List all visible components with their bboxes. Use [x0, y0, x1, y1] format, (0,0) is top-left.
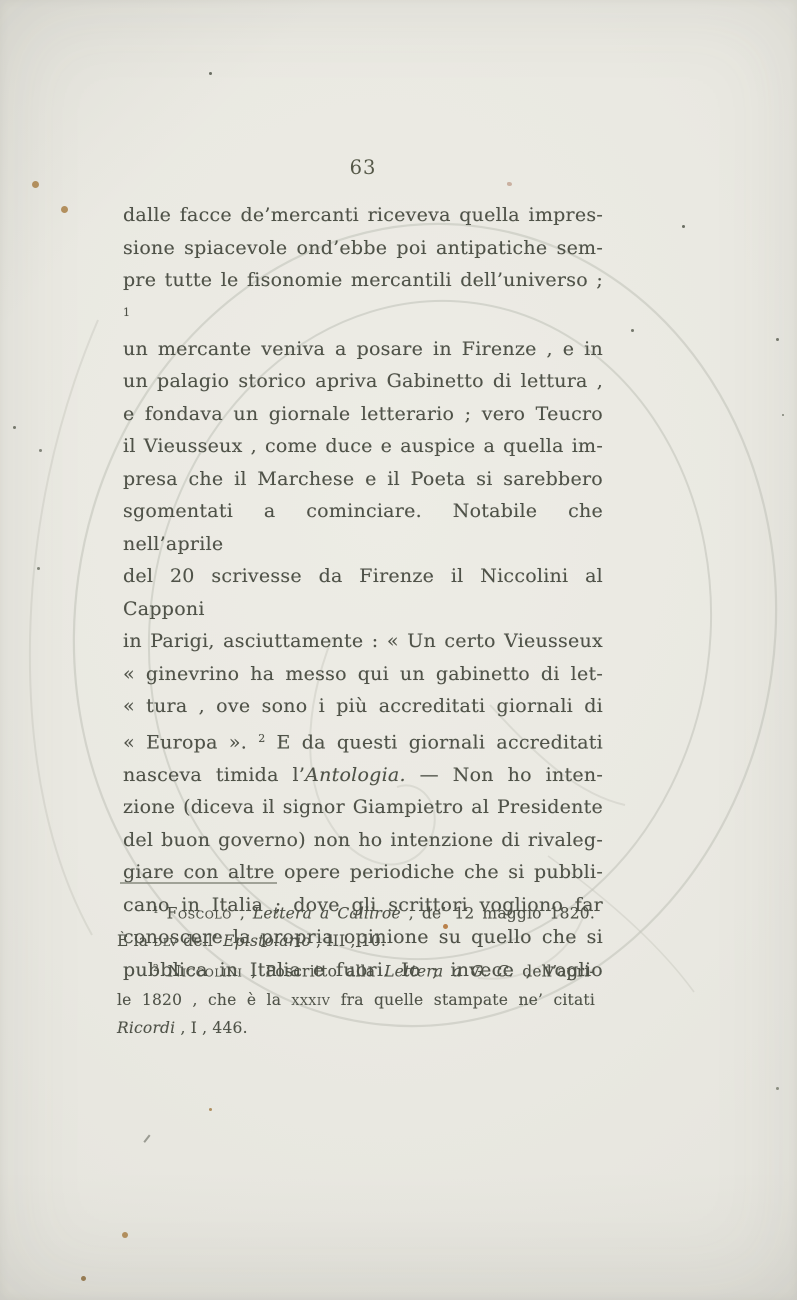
ink-speck [682, 225, 685, 228]
text-line: nasceva timida l’Antologia. — Non ho int… [123, 759, 603, 792]
text-line: del 20 scrivesse da Firenze il Niccolini… [123, 560, 603, 625]
text-line: 2 Niccolini , Poscritto alla Lettera a G… [117, 955, 595, 985]
scratch-mark [143, 1134, 150, 1142]
text-line: un palagio storico apriva Gabinetto di l… [123, 365, 603, 398]
text-line: in Parigi, asciuttamente : « Un certo Vi… [123, 625, 603, 658]
text-line: zione (diceva il signor Giampietro al Pr… [123, 791, 603, 824]
text-line: « tura , ove sono i più accreditati gior… [123, 690, 603, 723]
text-line: dalle facce de’mercanti riceveva quella … [123, 199, 603, 232]
foxing-spot [81, 1276, 86, 1281]
foxing-spot [209, 1108, 212, 1111]
ink-speck [13, 426, 16, 429]
page-number: 63 [123, 156, 603, 179]
book-page: 63 dalle facce de’mercanti riceveva quel… [0, 0, 797, 1300]
footnotes: 1 Foscolo , Lettera a Calliroe , de’ 12 … [117, 890, 595, 1042]
foxing-spot [443, 924, 448, 929]
text-line: le 1820 , che è la xxxiv fra quelle stam… [117, 986, 595, 1014]
text-line: sione spiacevole ond’ebbe poi antipatich… [123, 232, 603, 265]
text-line: presa che il Marchese e il Poeta si sare… [123, 463, 603, 496]
ink-speck [209, 72, 212, 75]
text-line: « Europa ». 2 E da questi giornali accre… [123, 723, 603, 759]
text-line: « ginevrino ha messo qui un gabinetto di… [123, 658, 603, 691]
text-line: del buon governo) non ho intenzione di r… [123, 824, 603, 857]
ink-speck [782, 414, 784, 416]
ink-speck [631, 329, 634, 332]
foxing-spot [61, 206, 68, 213]
foxing-spot [122, 1232, 128, 1238]
ink-speck [39, 449, 42, 452]
body-text: dalle facce de’mercanti riceveva quella … [123, 199, 603, 986]
foxing-spot [507, 182, 512, 186]
text-line: giare con altre opere periodiche che si … [123, 856, 603, 889]
foxing-spot [776, 1087, 779, 1090]
text-line: e fondava un giornale letterario ; vero … [123, 398, 603, 431]
text-line: pre tutte le fisonomie mercantili dell’u… [123, 264, 603, 333]
text-line: È la dlv dell’ Epistolario , III , 10. [117, 927, 595, 955]
text-line: Ricordi , I , 446. [117, 1014, 595, 1042]
ink-speck [37, 567, 40, 570]
text-line: sgomentati a cominciare. Notabile che ne… [123, 495, 603, 560]
footnote-rule [120, 882, 277, 884]
ink-speck [776, 338, 779, 341]
foxing-spot [32, 181, 39, 188]
text-line: un mercante veniva a posare in Firenze ,… [123, 333, 603, 366]
text-line: il Vieusseux , come duce e auspice a que… [123, 430, 603, 463]
text-line: 1 Foscolo , Lettera a Calliroe , de’ 12 … [117, 897, 595, 927]
